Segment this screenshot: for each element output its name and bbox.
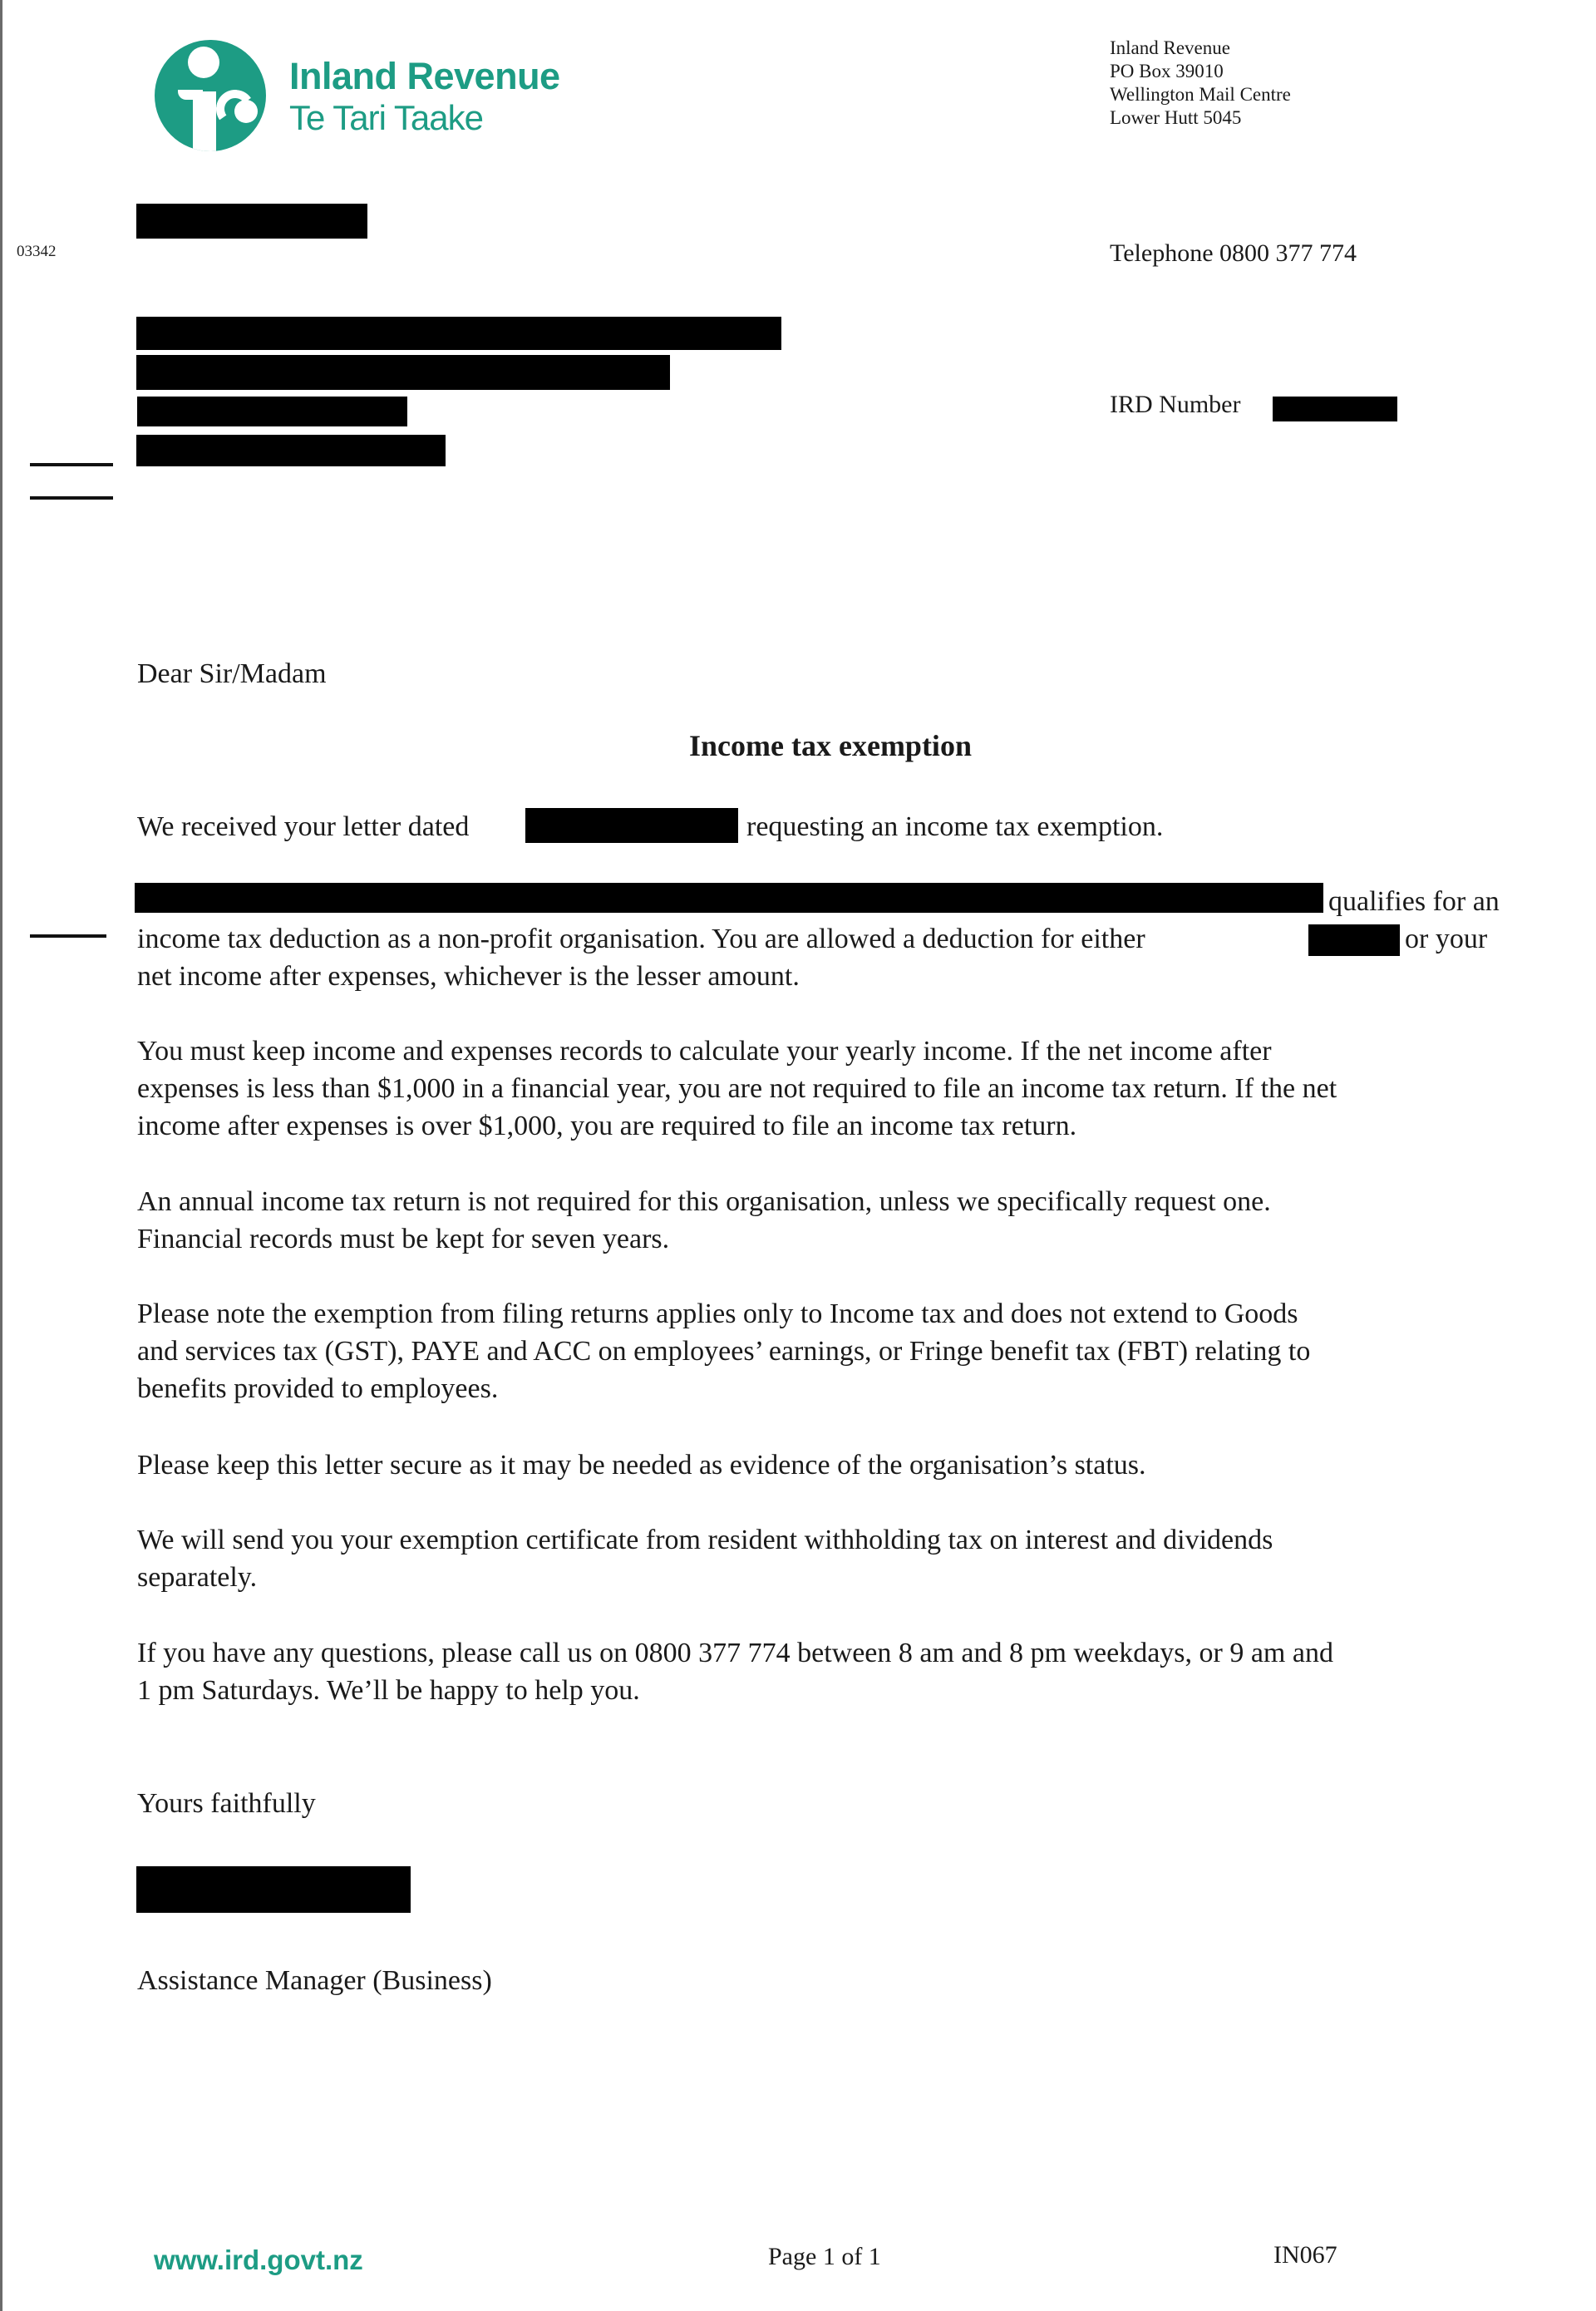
paragraph-5-line: and services tax (GST), PAYE and ACC on … [137, 1333, 1310, 1370]
address-line: Lower Hutt 5045 [1110, 106, 1291, 130]
logo-stem [193, 91, 216, 151]
paragraph-1-text: We received your letter dated [137, 808, 469, 845]
reference-code: 03342 [17, 243, 57, 261]
signatory-title: Assistance Manager (Business) [137, 1962, 492, 1999]
ird-number-label: IRD Number [1110, 391, 1240, 419]
address-line: Wellington Mail Centre [1110, 83, 1291, 106]
address-line: Inland Revenue [1110, 37, 1291, 60]
sender-address: Inland Revenue PO Box 39010 Wellington M… [1110, 37, 1291, 130]
address-line: PO Box 39010 [1110, 60, 1291, 83]
ir-logo-icon [155, 40, 266, 151]
letter-title: Income tax exemption [0, 728, 1596, 763]
redacted-signature [136, 1866, 411, 1913]
paragraph-2-text: qualifies for an [1328, 883, 1500, 920]
redacted-address-line [137, 397, 407, 426]
fold-mark [30, 496, 113, 500]
page-edge-border [0, 0, 2, 2311]
redacted-letter-date [525, 808, 738, 843]
redacted-address-line [136, 435, 446, 466]
brand-subtitle: Te Tari Taake [289, 98, 483, 138]
logo-r-dot [234, 100, 258, 123]
paragraph-4-line: An annual income tax return is not requi… [137, 1183, 1271, 1220]
paragraph-5-line: benefits provided to employees. [137, 1370, 498, 1407]
paragraph-2-text: net income after expenses, whichever is … [137, 958, 800, 995]
brand-name: Inland Revenue [289, 55, 560, 98]
paragraph-3-line: You must keep income and expenses record… [137, 1032, 1272, 1070]
paragraph-5-line: Please note the exemption from filing re… [137, 1295, 1298, 1333]
redacted-recipient-name [136, 204, 367, 239]
redacted-address-line [136, 317, 781, 350]
paragraph-2-text: income tax deduction as a non-profit org… [137, 920, 1145, 958]
salutation: Dear Sir/Madam [137, 655, 327, 692]
form-code: IN067 [1273, 2241, 1337, 2269]
redacted-deduction-amount [1308, 924, 1400, 956]
paragraph-3-line: income after expenses is over $1,000, yo… [137, 1107, 1076, 1145]
redacted-organisation-name [135, 883, 1323, 913]
paragraph-1-text: requesting an income tax exemption. [746, 808, 1163, 845]
paragraph-7-line: We will send you your exemption certific… [137, 1521, 1273, 1559]
page-number: Page 1 of 1 [768, 2243, 881, 2271]
paragraph-6-line: Please keep this letter secure as it may… [137, 1446, 1146, 1484]
fold-mark [30, 463, 113, 466]
paragraph-2-text: or your [1405, 920, 1487, 958]
paragraph-4-line: Financial records must be kept for seven… [137, 1220, 669, 1258]
redacted-ird-number [1273, 397, 1397, 421]
footer-website-link[interactable]: www.ird.govt.nz [154, 2244, 363, 2276]
closing: Yours faithfully [137, 1785, 316, 1822]
redacted-address-line [136, 355, 670, 390]
logo-dot [188, 47, 219, 78]
telephone: Telephone 0800 377 774 [1110, 239, 1357, 268]
paragraph-8-line: 1 pm Saturdays. We’ll be happy to help y… [137, 1672, 640, 1709]
paragraph-3-line: expenses is less than $1,000 in a financ… [137, 1070, 1337, 1107]
paragraph-7-line: separately. [137, 1559, 257, 1596]
paragraph-8-line: If you have any questions, please call u… [137, 1634, 1333, 1672]
margin-mark [30, 934, 106, 938]
